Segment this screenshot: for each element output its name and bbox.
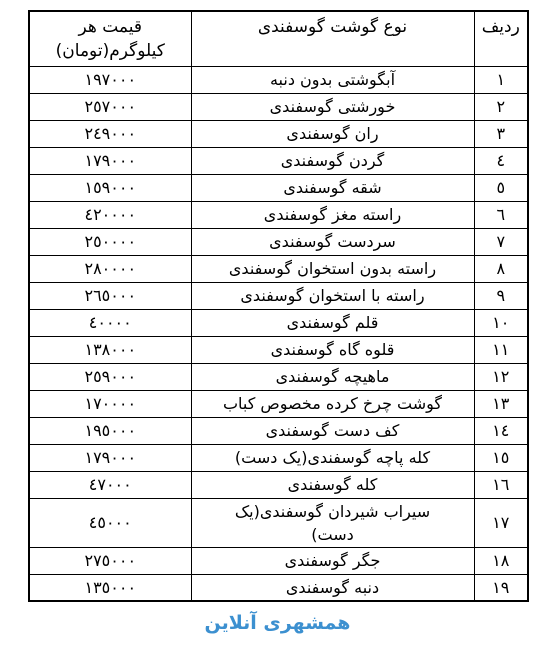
table-row: ٧سردست گوسفندی٢٥٠٠٠٠ [29,228,528,255]
type-cell: راسته با استخوان گوسفندی [191,282,474,309]
type-cell: خورشتی گوسفندی [191,93,474,120]
row-index-cell: ١٣ [474,390,528,417]
type-cell: گوشت چرخ کرده مخصوص کباب [191,390,474,417]
table-row: ١٥کله پاچه گوسفندی(یک دست)١٧٩٠٠٠ [29,444,528,471]
row-index-cell: ١٠ [474,309,528,336]
price-cell: ٢٨٠٠٠٠ [29,255,191,282]
price-cell: ٢٥٠٠٠٠ [29,228,191,255]
table-row: ٢خورشتی گوسفندی٢٥٧٠٠٠ [29,93,528,120]
price-cell: ٤٧٠٠٠ [29,471,191,498]
type-cell: کله گوسفندی [191,471,474,498]
row-index-cell: ١٥ [474,444,528,471]
type-cell: سردست گوسفندی [191,228,474,255]
table-row: ١٠قلم گوسفندی٤٠٠٠٠ [29,309,528,336]
row-index-cell: ٧ [474,228,528,255]
table-row: ١آبگوشتی بدون دنبه١٩٧٠٠٠ [29,66,528,93]
table-row: ١٤کف دست گوسفندی١٩٥٠٠٠ [29,417,528,444]
price-cell: ٢٤٩٠٠٠ [29,120,191,147]
price-cell: ١٩٥٠٠٠ [29,417,191,444]
table-row: ١٩دنبه گوسفندی١٣٥٠٠٠ [29,574,528,601]
type-cell: جگر گوسفندی [191,547,474,574]
price-cell: ١٩٧٠٠٠ [29,66,191,93]
price-cell: ٢٥٧٠٠٠ [29,93,191,120]
price-cell: ١٣٥٠٠٠ [29,574,191,601]
type-cell: ران گوسفندی [191,120,474,147]
table-row: ٨راسته بدون استخوان گوسفندی٢٨٠٠٠٠ [29,255,528,282]
price-cell: ١٧٩٠٠٠ [29,444,191,471]
type-cell: کله پاچه گوسفندی(یک دست) [191,444,474,471]
price-cell: ١٧٠٠٠٠ [29,390,191,417]
header-meat-type: نوع گوشت گوسفندی [191,11,474,66]
price-cell: ٢٥٩٠٠٠ [29,363,191,390]
price-cell: ٢٧٥٠٠٠ [29,547,191,574]
row-index-cell: ١٧ [474,498,528,547]
type-cell: ماهیچه گوسفندی [191,363,474,390]
table-row: ١٢ماهیچه گوسفندی٢٥٩٠٠٠ [29,363,528,390]
type-cell: دنبه گوسفندی [191,574,474,601]
row-index-cell: ٣ [474,120,528,147]
price-cell: ١٣٨٠٠٠ [29,336,191,363]
table-body: ١آبگوشتی بدون دنبه١٩٧٠٠٠٢خورشتی گوسفندی٢… [29,66,528,601]
table-row: ٣ران گوسفندی٢٤٩٠٠٠ [29,120,528,147]
type-cell: قلوه گاه گوسفندی [191,336,474,363]
header-price: قیمت هر کیلوگرم(تومان) [29,11,191,66]
type-cell: کف دست گوسفندی [191,417,474,444]
type-cell: سیراب شیردان گوسفندی(یک دست) [191,498,474,547]
source-watermark: همشهری آنلاین [28,609,527,637]
table-row: ٩راسته با استخوان گوسفندی٢٦٥٠٠٠ [29,282,528,309]
price-cell: ٤٥٠٠٠ [29,498,191,547]
table-row: ١١قلوه گاه گوسفندی١٣٨٠٠٠ [29,336,528,363]
row-index-cell: ٩ [474,282,528,309]
price-cell: ٢٦٥٠٠٠ [29,282,191,309]
row-index-cell: ١٦ [474,471,528,498]
table-row: ٤گردن گوسفندی١٧٩٠٠٠ [29,147,528,174]
table-row: ١٧سیراب شیردان گوسفندی(یک دست)٤٥٠٠٠ [29,498,528,547]
row-index-cell: ٥ [474,174,528,201]
header-index: ردیف [474,11,528,66]
type-cell: شقه گوسفندی [191,174,474,201]
row-index-cell: ١٩ [474,574,528,601]
sheep-meat-price-table: ردیف نوع گوشت گوسفندی قیمت هر کیلوگرم(تو… [28,10,529,602]
type-cell: قلم گوسفندی [191,309,474,336]
table-row: ٦راسته مغز گوسفندی٤٢٠٠٠٠ [29,201,528,228]
table-row: ١٨جگر گوسفندی٢٧٥٠٠٠ [29,547,528,574]
row-index-cell: ١ [474,66,528,93]
table-row: ١٦کله گوسفندی٤٧٠٠٠ [29,471,528,498]
row-index-cell: ١١ [474,336,528,363]
table-row: ٥شقه گوسفندی١٥٩٠٠٠ [29,174,528,201]
price-cell: ٤٢٠٠٠٠ [29,201,191,228]
type-cell: راسته بدون استخوان گوسفندی [191,255,474,282]
row-index-cell: ٦ [474,201,528,228]
type-cell: راسته مغز گوسفندی [191,201,474,228]
row-index-cell: ٨ [474,255,528,282]
row-index-cell: ٢ [474,93,528,120]
type-cell: آبگوشتی بدون دنبه [191,66,474,93]
row-index-cell: ١٨ [474,547,528,574]
row-index-cell: ١٤ [474,417,528,444]
row-index-cell: ١٢ [474,363,528,390]
header-row: ردیف نوع گوشت گوسفندی قیمت هر کیلوگرم(تو… [29,11,528,66]
type-cell: گردن گوسفندی [191,147,474,174]
row-index-cell: ٤ [474,147,528,174]
price-cell: ٤٠٠٠٠ [29,309,191,336]
price-cell: ١٧٩٠٠٠ [29,147,191,174]
table-row: ١٣گوشت چرخ کرده مخصوص کباب١٧٠٠٠٠ [29,390,528,417]
price-cell: ١٥٩٠٠٠ [29,174,191,201]
table-header: ردیف نوع گوشت گوسفندی قیمت هر کیلوگرم(تو… [29,11,528,66]
page: ردیف نوع گوشت گوسفندی قیمت هر کیلوگرم(تو… [0,0,540,663]
